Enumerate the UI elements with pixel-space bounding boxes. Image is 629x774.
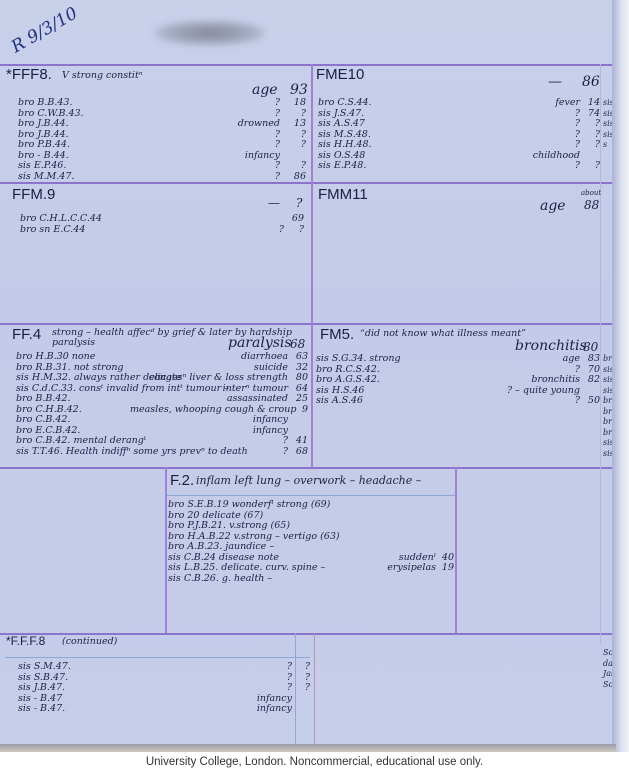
relation: sis [318, 150, 334, 161]
age-at-death: ? [595, 139, 600, 150]
cause-of-death: drowned [238, 118, 280, 129]
age-at-death: 25 [296, 393, 308, 404]
rule [165, 495, 455, 496]
cause-column: ? [240, 214, 284, 235]
age-at-death: ? [595, 160, 600, 171]
cause-of-death: infancy [253, 425, 288, 436]
age-at-death: 74 [588, 108, 600, 119]
relation: bro [16, 362, 35, 373]
age-column: 69? [286, 214, 304, 235]
relation: bro [18, 108, 37, 119]
sibling-note: jaundice – [225, 541, 274, 552]
sibling-name: C.S.44. [337, 97, 371, 108]
relation: bro [318, 97, 337, 108]
relation: bro [168, 531, 187, 542]
column-rule [455, 467, 457, 633]
relation: bro [18, 129, 37, 140]
sibling-name: S.M.47. [34, 661, 71, 672]
cause-of-death: age [540, 198, 566, 214]
age-at-death: 40 [442, 552, 454, 563]
relation: sis [16, 372, 32, 383]
section-note: “did not know what illness meant” [360, 328, 526, 339]
relation: sis [18, 661, 34, 672]
cause-of-death: infancy [257, 703, 292, 714]
sibling-note: none [72, 351, 96, 362]
sibling-name: S.E.B.19 [187, 499, 231, 510]
age-at-death: 18 [294, 97, 306, 108]
sibling-name: S.G.34. [332, 353, 370, 364]
cause-of-death: paralysis [228, 335, 292, 351]
age-at-death: 70 [588, 364, 600, 375]
cause-of-death: ? [275, 129, 280, 140]
sibling-entry: sis C.B.26. g. health – [168, 574, 340, 585]
cause-of-death: ? [575, 118, 580, 129]
sibling-note: v.strong – vertigo (63) [234, 531, 340, 542]
sibling-name: C.W.B.43. [37, 108, 83, 119]
relation: bro [16, 425, 35, 436]
column-rule [165, 467, 167, 633]
sibling-name: R.C.S.42. [335, 364, 379, 375]
age-column: 4019 [436, 500, 454, 584]
section-note: inflam left lung – overwork – headache – [196, 474, 421, 487]
age-at-death: 93 [290, 82, 308, 98]
cause-of-death: ? [275, 139, 280, 150]
age-at-death: 86 [294, 171, 306, 182]
relation: sis [18, 171, 34, 182]
sibling-name: - B.47. [34, 703, 65, 714]
age-at-death: ? [296, 196, 302, 210]
relation: sis [18, 672, 34, 683]
cause-of-death: ? [575, 129, 580, 140]
sibling-name: M.S.48. [334, 129, 371, 140]
cause-of-death: congesⁿ liver & loss strength [149, 372, 288, 383]
sibling-name: 20 [187, 510, 202, 521]
age-at-death: 80 [583, 340, 598, 354]
relation: sis [168, 552, 184, 563]
cause-of-death: infancy [257, 693, 292, 704]
age-at-death: 41 [296, 435, 308, 446]
cause-of-death: ? [575, 364, 580, 375]
sibling-name: A.S.46 [332, 395, 363, 406]
relation: bro [16, 351, 35, 362]
column-rule [314, 633, 315, 745]
sibling-entry: sis - B.47. [18, 704, 71, 715]
cause-of-death: ? [575, 108, 580, 119]
relation: sis [316, 395, 332, 406]
blurred-header [155, 20, 265, 46]
relation: sis [18, 693, 34, 704]
age-at-death: ? [301, 160, 306, 171]
cause-column: suddenˡerysipelas [360, 500, 436, 584]
section-note: paralysis [52, 337, 95, 348]
relation: bro [18, 118, 37, 129]
age-at-death: 82 [588, 374, 600, 385]
section-id: FM5. [320, 326, 354, 343]
age-at-death: 19 [442, 562, 454, 573]
sibling-name: M.M.47. [34, 171, 75, 182]
sibling-list: bro S.E.B.19 wonderfˡ strong (69)bro 20 … [168, 500, 340, 584]
age-at-death: 86 [582, 74, 600, 90]
sibling-name: C.B.42. [35, 435, 73, 446]
sibling-note: strong [369, 353, 400, 364]
sibling-note: g. health – [222, 573, 272, 584]
sibling-entry: sis M.M.47. [18, 172, 84, 183]
age-column: 1474???? [582, 98, 600, 172]
age-at-death: ? [305, 672, 310, 683]
relation: sis [318, 139, 334, 150]
age-column: 18?13???86 [282, 98, 306, 182]
cause-column: fever????childhood? [500, 98, 580, 172]
cause-column: diarrhoeasuicidecongesⁿ liver & loss str… [130, 352, 288, 457]
copyright-caption: University College, London. Noncommercia… [0, 756, 629, 768]
cause-of-death: ? – quite young [507, 385, 580, 396]
sibling-name: E.P.46. [34, 160, 67, 171]
cause-of-death: bronchitis [531, 374, 580, 385]
sibling-name: H.B.30 [35, 351, 71, 362]
age-at-death: 88 [584, 198, 599, 212]
rule [5, 657, 310, 658]
sibling-list: bro B.B.43. bro C.W.B.43. bro J.B.44. br… [18, 98, 84, 182]
relation: sis [316, 353, 332, 364]
sibling-entry: bro sn E.C.44 [20, 225, 102, 236]
section-id: FME10 [316, 66, 364, 83]
sibling-name: E.P.48. [334, 160, 367, 171]
sibling-name: C.B.26. [184, 573, 222, 584]
sibling-note: v.strong (65) [229, 520, 290, 531]
relation: sis [16, 383, 32, 394]
relation: sis [168, 562, 184, 573]
age-at-death: ? [595, 118, 600, 129]
sibling-list: sis S.M.47. sis S.B.47. sis J.B.47. sis … [18, 662, 71, 715]
sibling-name: H.A.B.22 [187, 531, 233, 542]
sibling-name: E.C.B.42. [35, 425, 80, 436]
sibling-name: J.S.47. [334, 108, 364, 119]
relation: bro [16, 393, 35, 404]
sibling-name: C.H.L.C.C.44 [39, 213, 102, 224]
cause-of-death: ? [275, 160, 280, 171]
sibling-list: sis S.G.34. strongbro R.C.S.42. bro A.G.… [316, 354, 401, 407]
age-at-death: 69 [292, 213, 304, 224]
cause-of-death: ? [575, 160, 580, 171]
age-column: ??? [296, 662, 310, 715]
relation: bro [18, 139, 37, 150]
relation: sis [318, 129, 334, 140]
cause-of-death: ? [575, 139, 580, 150]
cause-of-death: age [563, 353, 580, 364]
cause-of-death: bronchitis [515, 338, 587, 354]
age-column: 83708250 [582, 354, 600, 407]
cause-of-death: diarrhoea [241, 351, 288, 362]
sibling-name: C.B.42. [35, 414, 70, 425]
sibling-name: A.B.23. [187, 541, 225, 552]
rule [0, 182, 614, 184]
cause-of-death: fever [555, 97, 580, 108]
age-column: 633280642594168 [288, 352, 308, 457]
relation: bro [18, 97, 37, 108]
relation: sis [16, 446, 32, 457]
age-at-death: ? [301, 108, 306, 119]
cause-column: age?bronchitis? – quite young? [490, 354, 580, 407]
sibling-name: C.H.B.42. [35, 404, 81, 415]
age-at-death: ? [305, 661, 310, 672]
section-id: F.2. [170, 472, 194, 489]
relation: bro [168, 510, 187, 521]
section-id: FFM.9 [12, 186, 55, 203]
page-bottom-edge [0, 744, 616, 752]
rule [0, 323, 614, 325]
sibling-note: not strong [74, 362, 124, 373]
age-at-death: ? [301, 139, 306, 150]
relation: bro [20, 213, 39, 224]
sibling-list: bro C.H.L.C.C.44 bro sn E.C.44 [20, 214, 102, 235]
cause-of-death: ? [275, 108, 280, 119]
sibling-name: J.B.44. [37, 118, 68, 129]
relation: bro [168, 499, 187, 510]
page-edge [612, 0, 629, 752]
sibling-note: delicate (67) [202, 510, 263, 521]
age-at-death: 13 [294, 118, 306, 129]
ledger-page: R 9/3/10 *FFF8. V strong constitⁿ age 93… [0, 0, 615, 752]
rule [0, 64, 614, 66]
cause-of-death: infancy [245, 150, 280, 161]
sibling-name: B.B.43. [37, 97, 72, 108]
rule [0, 633, 614, 635]
sibling-name: L.B.25. [184, 562, 221, 573]
sibling-name: H.H.48. [334, 139, 372, 150]
cause-of-death: infancy [253, 414, 288, 425]
age-at-death: ? [305, 682, 310, 693]
section-id: *F.F.F.8 [6, 634, 45, 648]
cause-of-death: childhood [533, 150, 580, 161]
relation: sis [18, 682, 34, 693]
sibling-name: C.B.24 [184, 552, 219, 563]
cause-of-death: ? [275, 171, 280, 182]
sibling-name: C.d.C.33. [32, 383, 79, 394]
cause-column: ??drowned??infancy?? [190, 98, 280, 182]
cause-of-death: suicide [254, 362, 288, 373]
sibling-name: H.M.32. [32, 372, 74, 383]
cause-of-death: ? [279, 224, 284, 235]
age-at-death: 83 [588, 353, 600, 364]
cause-of-death: ? [287, 682, 292, 693]
cause-of-death: — [268, 196, 280, 210]
sibling-name: - B.47 [34, 693, 62, 704]
column-rule [600, 64, 601, 644]
age-qualifier: about [581, 189, 601, 197]
relation: bro [18, 150, 37, 161]
relation: sis [18, 703, 34, 714]
relation: bro [316, 364, 335, 375]
relation: bro [16, 414, 35, 425]
age-at-death: 9 [302, 404, 308, 415]
cause-of-death: measles, whooping cough & croup [130, 404, 296, 415]
section-id: *FFF8. [6, 66, 52, 83]
age-at-death: 64 [296, 383, 308, 394]
cause-of-death: — [548, 74, 562, 90]
relation: sis [318, 118, 334, 129]
sibling-name: B.B.42. [35, 393, 70, 404]
reference-mark: R 9/3/10 [8, 4, 81, 58]
section-id: FF.4 [12, 326, 41, 343]
cause-of-death: assassinated [227, 393, 288, 404]
age-at-death: ? [301, 129, 306, 140]
sibling-name: R.B.31. [35, 362, 73, 373]
sibling-name: T.T.46. [32, 446, 66, 457]
sibling-name: H.S.46 [332, 385, 365, 396]
rule [0, 467, 614, 469]
sibling-name: O.S.48 [334, 150, 366, 161]
sibling-name: - B.44. [37, 150, 68, 161]
relation: sis [318, 160, 334, 171]
age-at-death: 14 [588, 97, 600, 108]
cause-of-death: ? [275, 97, 280, 108]
age-at-death: 50 [588, 395, 600, 406]
section-id: FMM11 [318, 186, 368, 203]
sibling-note: wonderfˡ strong (69) [232, 499, 331, 510]
cause-of-death: age [252, 82, 278, 98]
sibling-note: delicate. curv. spine – [221, 562, 325, 573]
cause-of-death: interⁿ tumour [223, 383, 288, 394]
section-note: V strong constitⁿ [62, 70, 143, 81]
sibling-name: sn E.C.44 [39, 224, 85, 235]
sibling-name: P.J.B.21. [187, 520, 229, 531]
relation: bro [16, 404, 35, 415]
column-rule [311, 64, 313, 468]
age-at-death: 63 [296, 351, 308, 362]
relation: bro [16, 435, 35, 446]
relation: sis [316, 385, 332, 396]
cause-column: ???infancyinfancy [230, 662, 292, 715]
sibling-entry: sis A.S.46 [316, 396, 401, 407]
relation: bro [20, 224, 39, 235]
cause-of-death: ? [575, 395, 580, 406]
relation: bro [168, 541, 187, 552]
sibling-list: bro C.S.44. sis J.S.47. sis A.S.47 sis M… [318, 98, 372, 172]
age-at-death: 68 [296, 446, 308, 457]
cause-of-death: suddenˡ [399, 552, 436, 563]
cause-of-death: ? [287, 661, 292, 672]
cause-of-death: ? [287, 672, 292, 683]
sibling-entry: sis E.P.48. [318, 161, 372, 172]
cause-of-death: erysipelas [387, 562, 436, 573]
relation: bro [316, 374, 335, 385]
relation: sis [318, 108, 334, 119]
sibling-name: A.S.47 [334, 118, 365, 129]
age-at-death: ? [299, 224, 304, 235]
age-at-death: 80 [296, 372, 308, 383]
relation: sis [168, 573, 184, 584]
section-note: (continued) [62, 636, 117, 647]
sibling-name: P.B.44. [37, 139, 70, 150]
relation: bro [168, 520, 187, 531]
sibling-note: disease note [219, 552, 279, 563]
sibling-name: S.B.47. [34, 672, 68, 683]
relation: sis [18, 160, 34, 171]
sibling-name: A.G.S.42. [335, 374, 379, 385]
age-at-death: ? [595, 129, 600, 140]
sibling-name: J.B.44. [37, 129, 68, 140]
age-at-death: 32 [296, 362, 308, 373]
sibling-name: J.B.47. [34, 682, 65, 693]
age-at-death: 68 [290, 337, 305, 351]
